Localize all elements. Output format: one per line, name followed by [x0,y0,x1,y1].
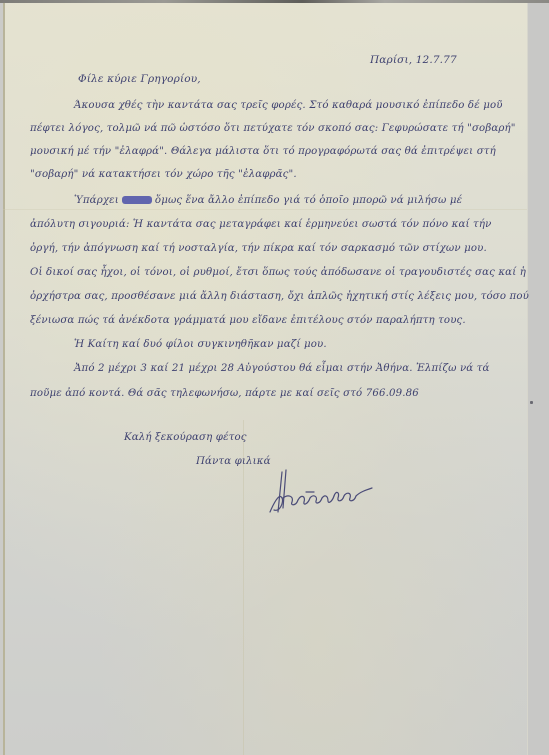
body-line: Ἀπό 2 μέχρι 3 καί 21 μέχρι 28 Αὐγούστου … [74,364,490,374]
body-line: πέφτει λόγος, τολμῶ νά πῶ ὡστόσο ὅτι πετ… [30,124,516,134]
closing-line: Καλή ξεκούραση φέτος [124,433,247,443]
body-line: Ὑπάρχειὅμως ἕνα ἄλλο ἐπίπεδο γιά τό ὁποῖ… [74,196,462,206]
body-text: ὅμως ἕνα ἄλλο ἐπίπεδο γιά τό ὁποῖο μπορῶ… [155,195,462,206]
body-line: Ἡ Καίτη καί δυό φίλοι συγκινηθῆκαν μαζί … [74,340,327,350]
body-text: Ὑπάρχει [74,195,119,206]
body-line: ξένιωσα πώς τά ἀνέκδοτα γράμματά μου εἴδ… [30,316,466,326]
closing-line: Πάντα φιλικά [196,457,271,467]
signature [268,468,378,520]
paper-fold-vertical [243,420,244,755]
body-line: ἀπόλυτη σιγουριά: Ἡ καντάτα σας μεταγράφ… [30,220,491,230]
ink-speck [530,401,533,404]
body-line: ποῦμε ἀπό κοντά. Θά σᾶς τηλεφωνήσω, πάρτ… [30,389,419,399]
body-line: "σοβαρή" νά κατακτήσει τόν χώρο τῆς "ἐλα… [30,170,297,180]
crossed-out-word [122,196,152,204]
paper-fold-horizontal [3,209,527,210]
body-line: μουσική μέ τήν "ἐλαφρά". Θάλεγα μάλιστα … [30,147,496,157]
place-date: Παρίσι, 12.7.77 [370,55,457,66]
body-line: ὀρχήστρα σας, προσθέσανε μιά ἄλλη διάστα… [30,292,529,302]
body-line: ὀργή, τήν ἀπόγνωση καί τή νοσταλγία, τήν… [30,244,487,254]
scanner-margin [527,3,549,755]
salutation: Φίλε κύριε Γρηγορίου, [78,74,201,85]
letter-paper [3,3,527,755]
body-line: Άκουσα χθές τὴν καντάτα σας τρεῖς φορές.… [74,101,503,111]
body-line: Οἱ δικοί σας ἦχοι, οἱ τόνοι, οἱ ρυθμοί, … [30,268,526,278]
scanned-letter: Παρίσι, 12.7.77 Φίλε κύριε Γρηγορίου, Άκ… [0,0,549,755]
